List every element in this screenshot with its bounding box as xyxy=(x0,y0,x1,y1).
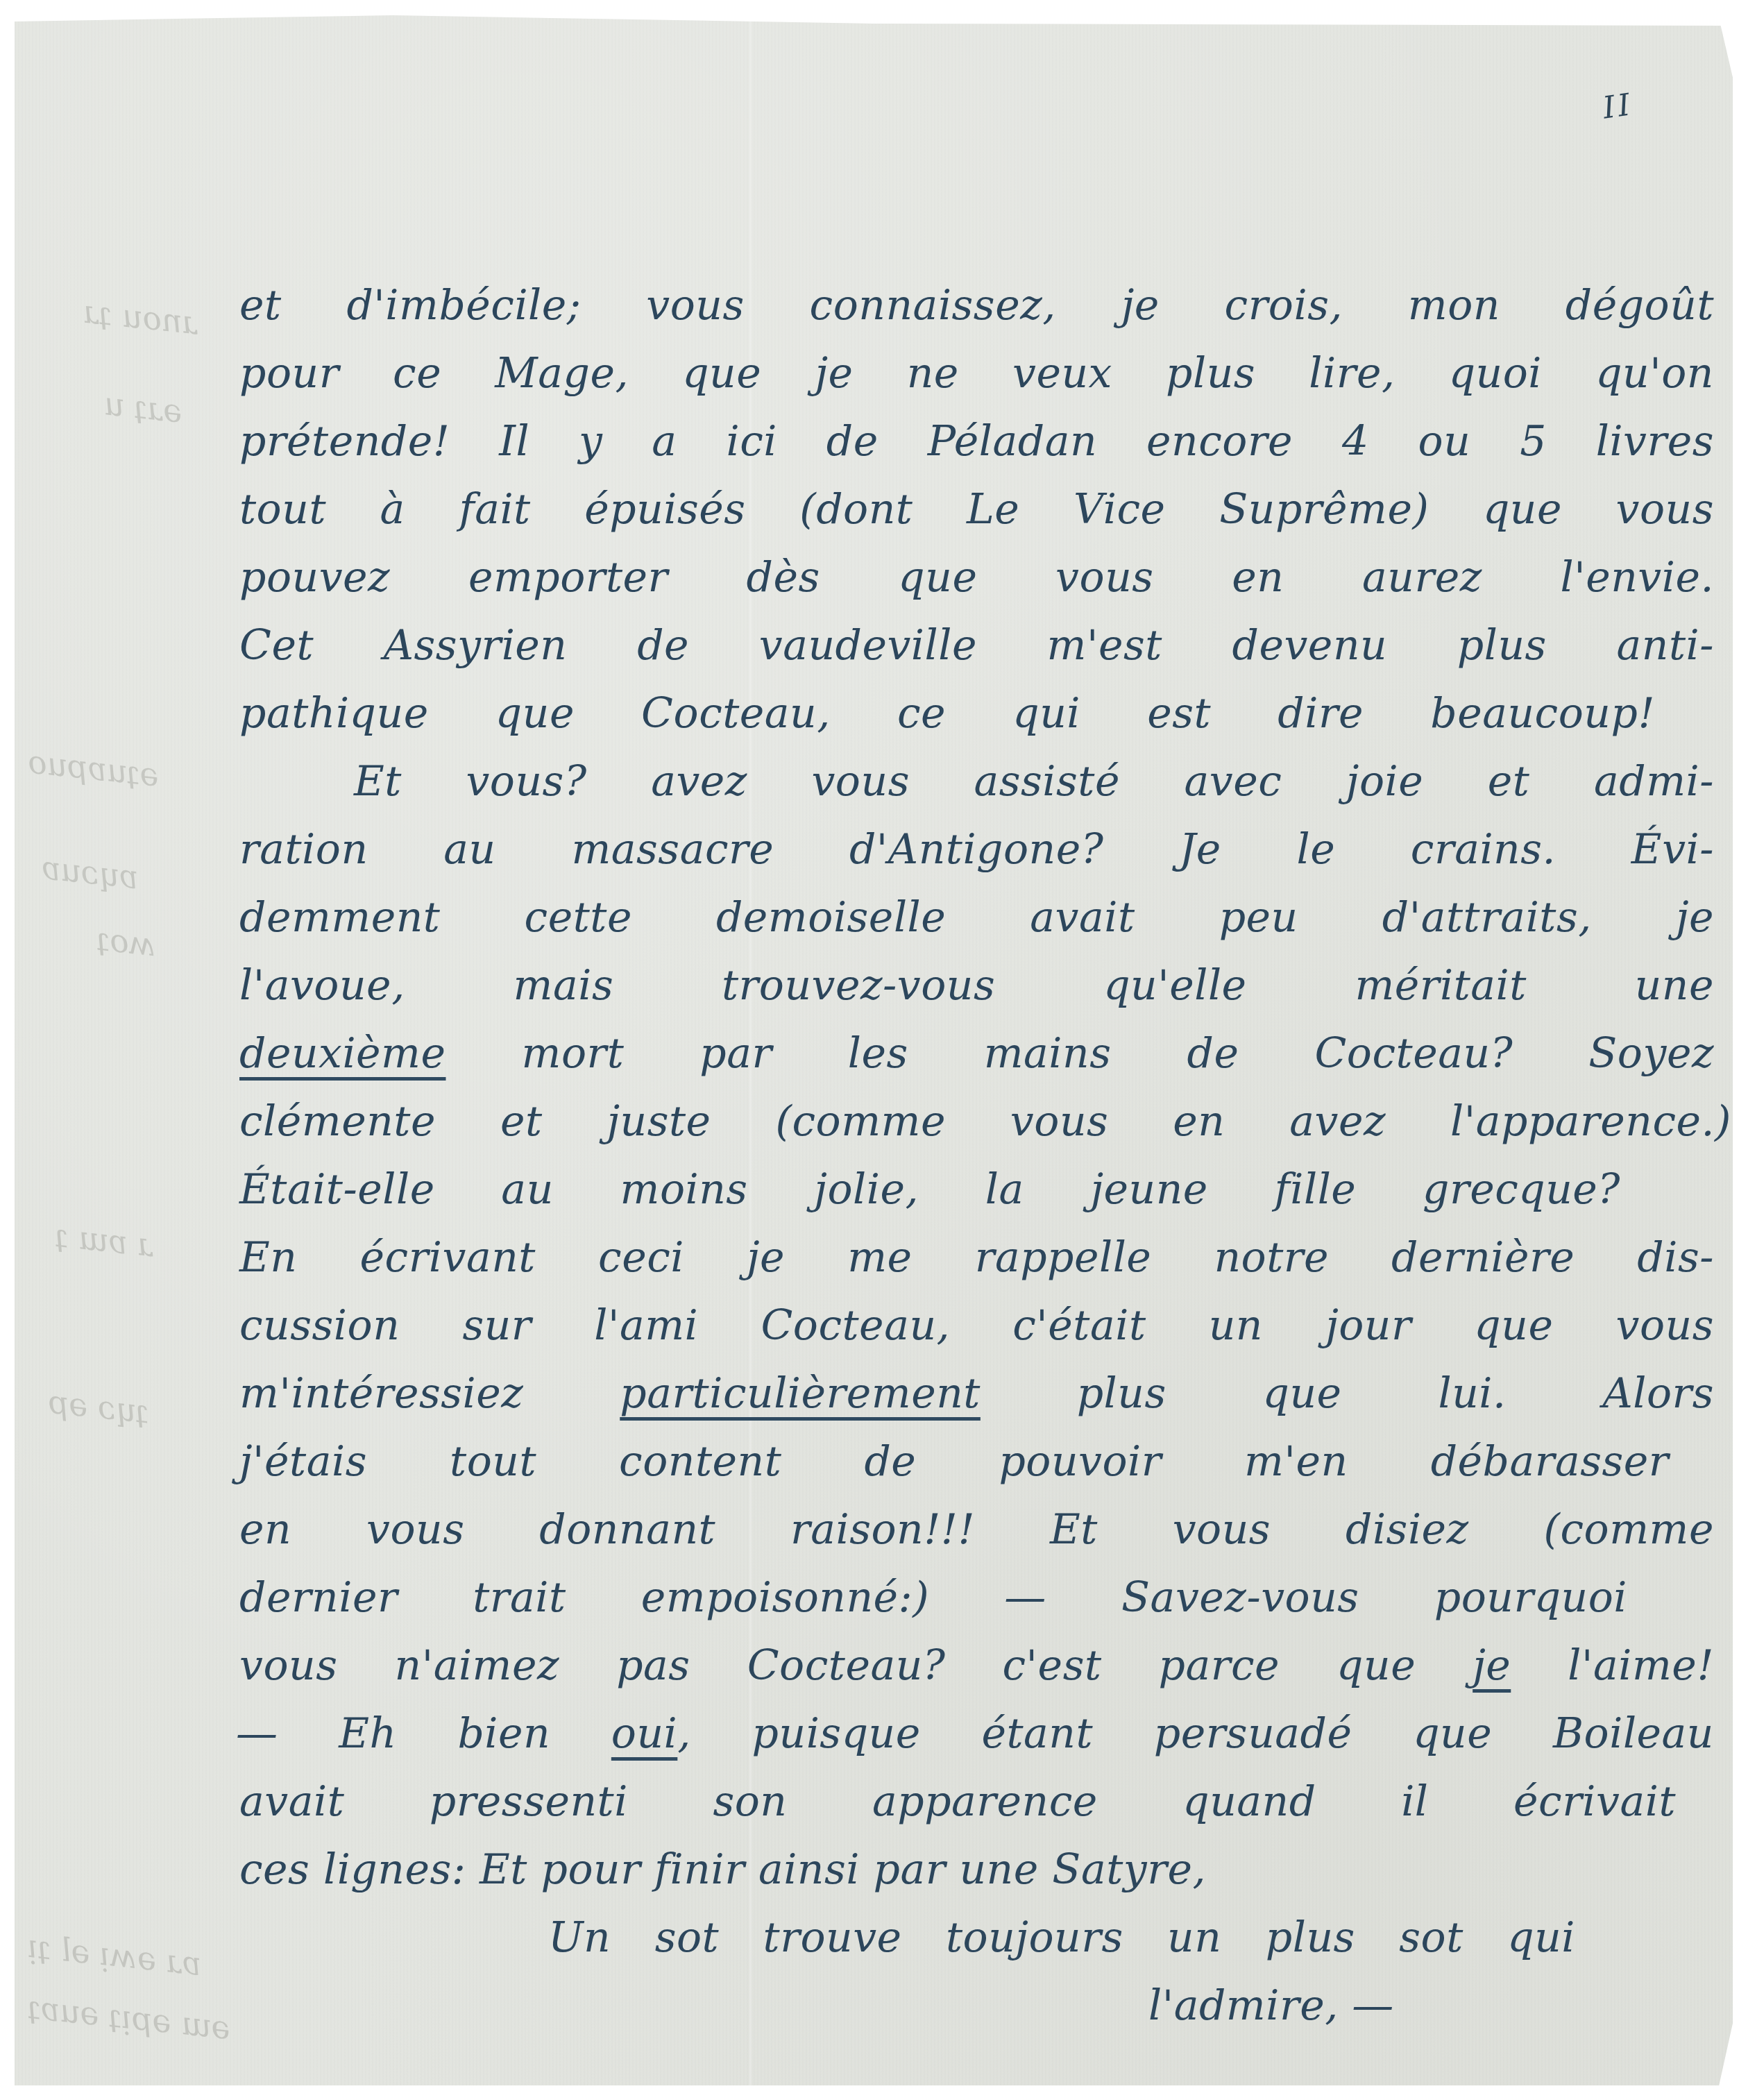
line-text: l'aime! xyxy=(1511,1641,1714,1690)
letter-line: dernier trait empoisonné:) — Savez-vous … xyxy=(239,1564,1627,1631)
letter-line: prétende! Il y a ici de Péladan encore 4… xyxy=(239,408,1714,475)
underlined-word: je xyxy=(1473,1641,1511,1690)
quoted-verse-line: Un sot trouve toujours un plus sot qui xyxy=(548,1904,1575,1971)
letter-line: en vous donnant raison!!! Et vous disiez… xyxy=(239,1496,1714,1563)
letter-line: m'intéressiez particulièrement plus que … xyxy=(239,1360,1714,1427)
letter-line: ration au massacre d'Antigone? Je le cra… xyxy=(239,816,1714,883)
line-text: vous n'aimez pas Cocteau? c'est parce qu… xyxy=(239,1641,1473,1690)
letter-line: Était-elle au moins jolie, la jeune fill… xyxy=(239,1156,1620,1223)
quoted-verse-ending: l'admire, — xyxy=(1148,1972,1634,2039)
letter-line: cussion sur l'ami Cocteau, c'était un jo… xyxy=(239,1292,1714,1359)
letter-line-paragraph-start: Et vous? avez vous assisté avec joie et … xyxy=(354,748,1714,815)
underlined-word: deuxième xyxy=(239,1029,446,1078)
letter-line: avait pressenti son apparence quand il é… xyxy=(239,1768,1676,1835)
letter-line: deuxième mort par les mains de Cocteau? … xyxy=(239,1020,1714,1087)
letter-line: j'étais tout content de pouvoir m'en déb… xyxy=(239,1428,1669,1495)
letter-line: pour ce Mage, que je ne veux plus lire, … xyxy=(239,340,1714,407)
letter-line: En écrivant ceci je me rappelle notre de… xyxy=(239,1224,1714,1291)
page-number: II xyxy=(1601,87,1635,126)
underlined-word: oui xyxy=(611,1709,677,1758)
letter-line: l'avoue, mais trouvez-vous qu'elle mérit… xyxy=(239,952,1714,1019)
letter-line-quote-intro: ces lignes: Et pour finir ainsi par une … xyxy=(239,1836,1558,1903)
line-text: , puisque étant persuadé que Boileau xyxy=(677,1709,1714,1758)
line-text: mort par les mains de Cocteau? Soyez xyxy=(446,1029,1715,1078)
letter-line: pouvez emporter dès que vous en aurez l'… xyxy=(239,544,1714,611)
underlined-word: particulièrement xyxy=(620,1369,981,1418)
bleed-through-mark: ʍoʇ xyxy=(95,920,158,964)
letter-line: pathique que Cocteau, ce qui est dire be… xyxy=(239,680,1655,747)
line-text: m'intéressiez xyxy=(239,1369,620,1418)
letter-line: tout à fait épuisés (dont Le Vice Suprêm… xyxy=(239,476,1714,543)
line-text: plus que lui. Alors xyxy=(981,1369,1714,1418)
line-text: — Eh bien xyxy=(236,1709,611,1758)
letter-line: Cet Assyrien de vaudeville m'est devenu … xyxy=(239,612,1714,679)
letter-line: clémente et juste (comme vous en avez l'… xyxy=(239,1088,1731,1155)
letter-line: et d'imbécile; vous connaissez, je crois… xyxy=(239,272,1714,339)
letter-line: demment cette demoiselle avait peu d'att… xyxy=(239,884,1714,951)
letter-line: vous n'aimez pas Cocteau? c'est parce qu… xyxy=(239,1632,1714,1699)
letter-line: — Eh bien oui, puisque étant persuadé qu… xyxy=(236,1700,1714,1767)
